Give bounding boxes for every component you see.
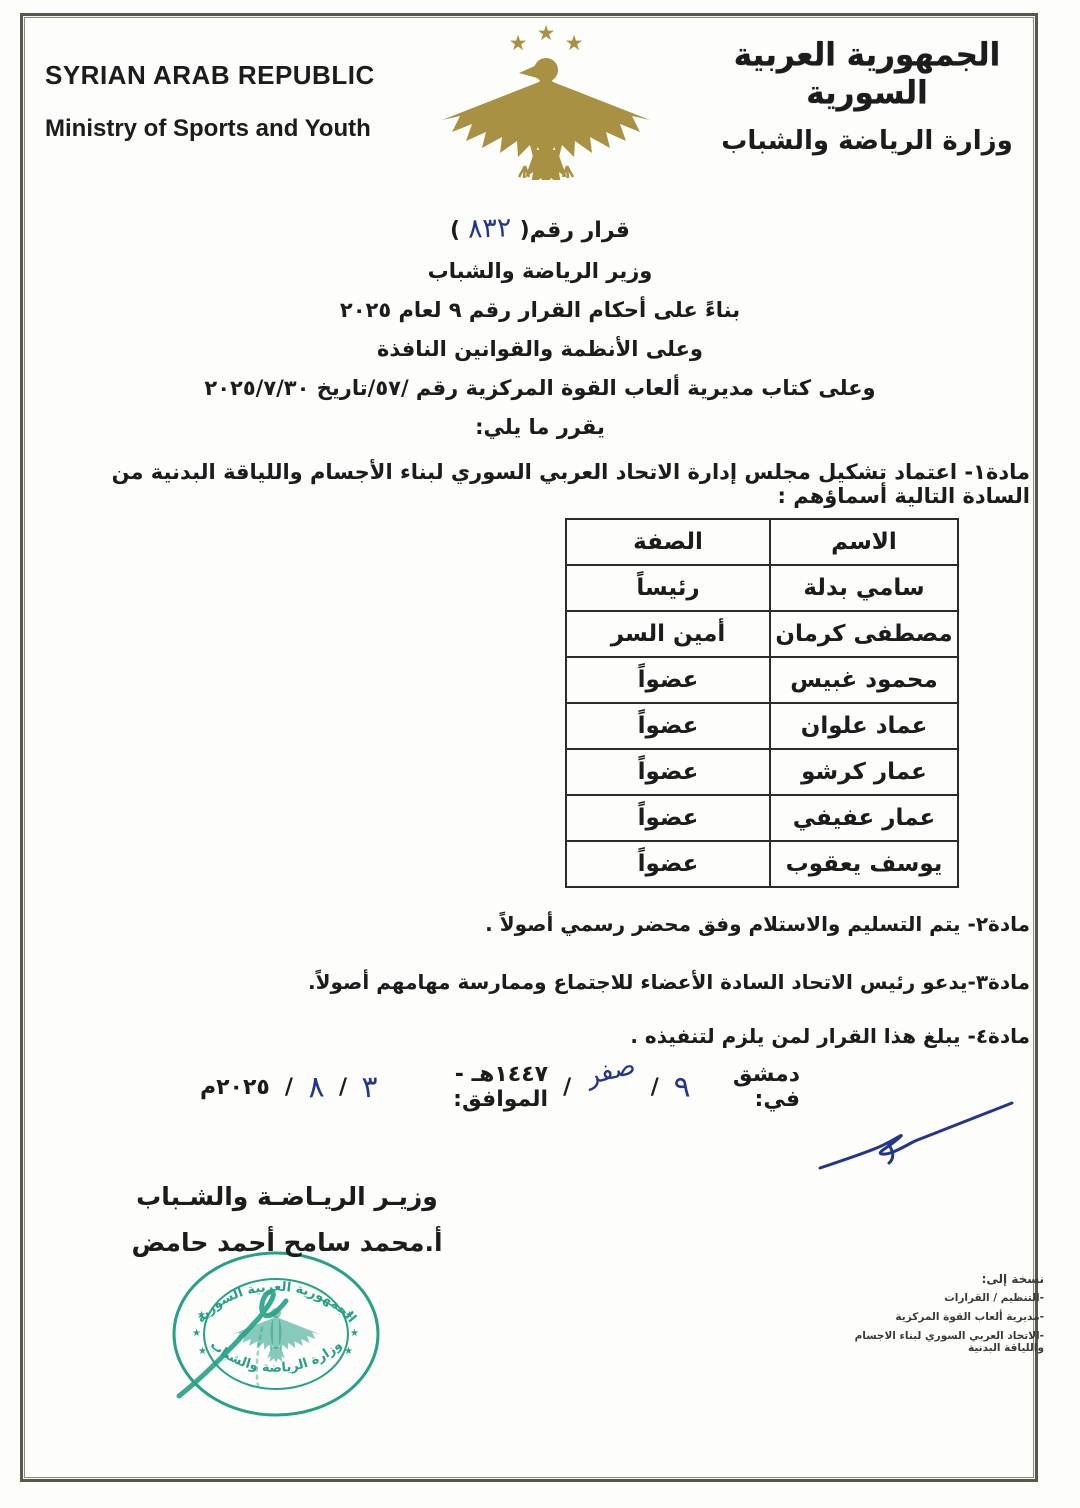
copies-item: -التنظيم / القرارات bbox=[824, 1292, 1044, 1304]
role-cell: عضواً bbox=[566, 749, 770, 795]
slash: / bbox=[563, 1075, 571, 1100]
table-row: يوسف يعقوبعضواً bbox=[566, 841, 958, 887]
eagle-claw bbox=[563, 166, 573, 178]
copies-item: -الاتحاد العربي السوري لبناء الاجسام وال… bbox=[824, 1330, 1044, 1354]
handwritten-greg-day: ٣ bbox=[361, 1069, 380, 1105]
board-members-table: الاسم الصفة سامي بدلةرئيساً مصطفى كرمانأ… bbox=[565, 518, 959, 888]
role-cell: عضواً bbox=[566, 703, 770, 749]
name-cell: عماد علوان bbox=[770, 703, 958, 749]
role-cell: عضواً bbox=[566, 795, 770, 841]
issuer-line: وزير الرياضة والشباب bbox=[0, 259, 1080, 283]
golden-eagle-emblem-icon: ★ ★ ★ bbox=[422, 20, 670, 180]
role-cell: عضواً bbox=[566, 657, 770, 703]
article-2: مادة٢- يتم التسليم والاستلام وفق محضر رس… bbox=[40, 912, 1030, 936]
eagle-head bbox=[534, 58, 558, 82]
decision-number-label: قرار رقم( bbox=[520, 218, 630, 243]
role-cell: عضواً bbox=[566, 841, 770, 887]
hijri-year-label: ١٤٤٧هـ - الموافق: bbox=[393, 1062, 548, 1112]
star-icon: ★ bbox=[344, 1346, 353, 1357]
ministry-name-ar: وزارة الرياضة والشباب bbox=[712, 126, 1022, 156]
copies-block: نسخة إلى: -التنظيم / القرارات -مديرية أل… bbox=[824, 1272, 1044, 1361]
eagle-tail bbox=[525, 150, 567, 180]
dateline: دمشق في: ٩ / صفر / ١٤٤٧هـ - الموافق: ٣ /… bbox=[200, 1062, 800, 1112]
role-cell: أمين السر bbox=[566, 611, 770, 657]
minister-name: أ.محمد سامح أحمد حامض bbox=[122, 1228, 452, 1257]
minister-signature-block: وزيـر الريـاضـة والشـباب أ.محمد سامح أحم… bbox=[122, 1182, 452, 1257]
eagle-body bbox=[533, 76, 559, 156]
article-4: مادة٤- يبلغ هذا القرار لمن يلزم لتنفيذه … bbox=[40, 1024, 1030, 1048]
copies-title: نسخة إلى: bbox=[824, 1272, 1044, 1286]
eagle-beak bbox=[519, 65, 537, 78]
name-cell: عمار عفيفي bbox=[770, 795, 958, 841]
basis-line-2: وعلى الأنظمة والقوانين النافذة bbox=[0, 337, 1080, 361]
star-icon: ★ bbox=[565, 31, 584, 55]
basis-line-3: وعلى كتاب مديرية ألعاب القوة المركزية رق… bbox=[0, 376, 1080, 400]
arabic-header: الجمهورية العربية السورية وزارة الرياضة … bbox=[712, 38, 1022, 156]
article-1: مادة١- اعتماد تشكيل مجلس إدارة الاتحاد ا… bbox=[40, 460, 1030, 508]
star-icon: ★ bbox=[350, 1328, 359, 1339]
decision-number-close: ) bbox=[450, 218, 460, 243]
slash: / bbox=[339, 1075, 347, 1100]
table-header-name: الاسم bbox=[770, 519, 958, 565]
name-cell: محمود غبيس bbox=[770, 657, 958, 703]
star-icon: ★ bbox=[537, 21, 556, 45]
star-icon: ★ bbox=[192, 1328, 201, 1339]
table-header-role: الصفة bbox=[566, 519, 770, 565]
table-row: سامي بدلةرئيساً bbox=[566, 565, 958, 611]
slash: / bbox=[651, 1075, 659, 1100]
ministry-name-en: Ministry of Sports and Youth bbox=[45, 115, 385, 143]
ministry-round-stamp: الجمهورية العربية السورية وزارة الرياضة … bbox=[165, 1246, 387, 1424]
minister-signature-ink bbox=[815, 1096, 1020, 1176]
country-name-ar-calligraphy: الجمهورية العربية السورية bbox=[712, 36, 1022, 112]
star-icon: ★ bbox=[198, 1346, 207, 1357]
eagle-claw bbox=[519, 166, 529, 178]
role-cell: رئيساً bbox=[566, 565, 770, 611]
decree-document-page: SYRIAN ARAB REPUBLIC Ministry of Sports … bbox=[0, 0, 1080, 1508]
table-row: مصطفى كرمانأمين السر bbox=[566, 611, 958, 657]
eagle-wing bbox=[442, 82, 539, 161]
minister-title: وزيـر الريـاضـة والشـباب bbox=[122, 1182, 452, 1211]
basis-line-1: بناءً على أحكام القرار رقم ٩ لعام ٢٠٢٥ bbox=[0, 298, 1080, 322]
table-row: عمار كرشوعضواً bbox=[566, 749, 958, 795]
dateline-prefix: دمشق في: bbox=[705, 1062, 800, 1112]
slash: / bbox=[285, 1075, 293, 1100]
decision-number-line: قرار رقم(٨٣٢) bbox=[0, 213, 1080, 244]
handwritten-hijri-day: ٩ bbox=[673, 1069, 692, 1105]
star-icon: ★ bbox=[197, 1310, 206, 1321]
decides-line: يقرر ما يلي: bbox=[0, 415, 1080, 439]
name-cell: مصطفى كرمان bbox=[770, 611, 958, 657]
table-header-row: الاسم الصفة bbox=[566, 519, 958, 565]
country-name-en: SYRIAN ARAB REPUBLIC bbox=[45, 60, 385, 91]
table-row: عمار عفيفيعضواً bbox=[566, 795, 958, 841]
star-icon: ★ bbox=[345, 1310, 354, 1321]
greg-year: ٢٠٢٥م bbox=[200, 1075, 270, 1100]
article-3: مادة٣-يدعو رئيس الاتحاد السادة الأعضاء ل… bbox=[40, 970, 1030, 994]
table-row: محمود غبيسعضواً bbox=[566, 657, 958, 703]
name-cell: يوسف يعقوب bbox=[770, 841, 958, 887]
decision-heading-block: قرار رقم(٨٣٢) وزير الرياضة والشباب بناءً… bbox=[0, 213, 1080, 454]
english-header: SYRIAN ARAB REPUBLIC Ministry of Sports … bbox=[45, 60, 385, 143]
decision-number-handwritten: ٨٣٢ bbox=[468, 212, 513, 244]
star-icon: ★ bbox=[509, 31, 528, 55]
name-cell: سامي بدلة bbox=[770, 565, 958, 611]
copies-item: -مديرية ألعاب القوة المركزية bbox=[824, 1311, 1044, 1323]
handwritten-greg-month: ٨ bbox=[307, 1069, 326, 1105]
table-row: عماد علوانعضواً bbox=[566, 703, 958, 749]
name-cell: عمار كرشو bbox=[770, 749, 958, 795]
